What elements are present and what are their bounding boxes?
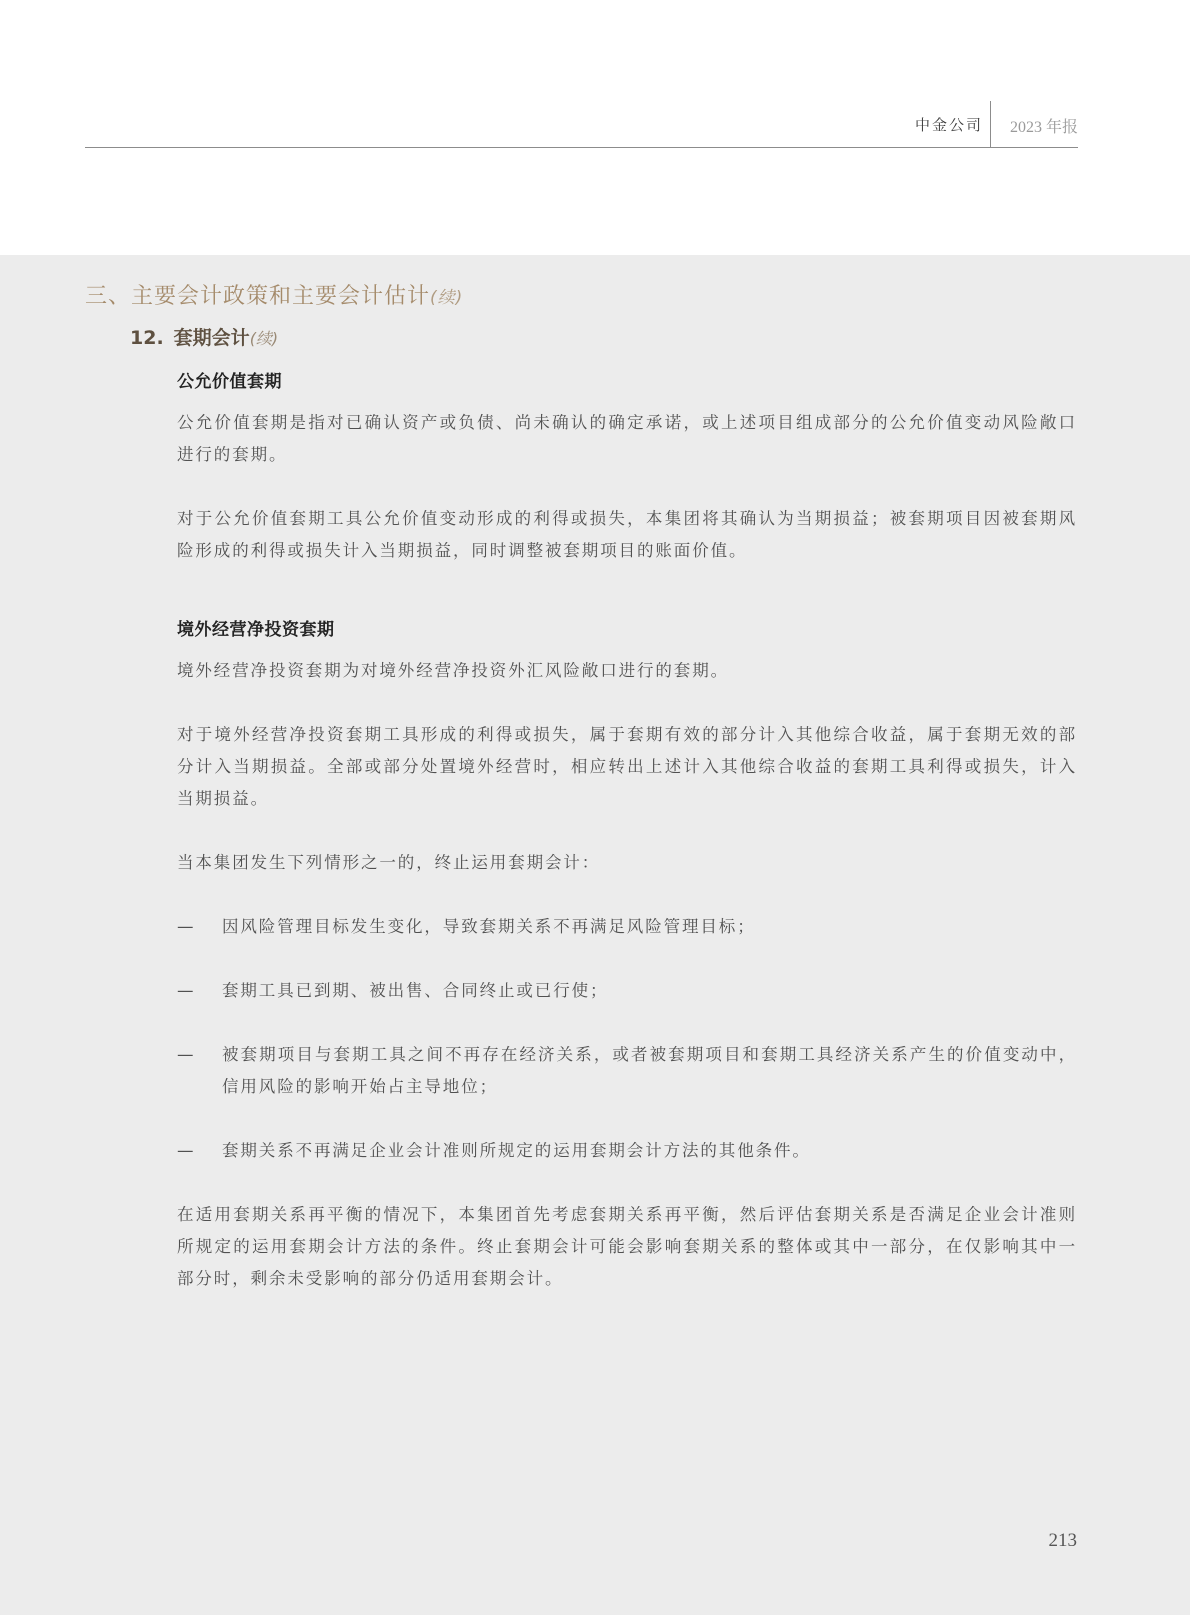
main-content: 公允价值套期 公允价值套期是指对已确认资产或负债、尚未确认的确定承诺，或上述项目… [177, 365, 1077, 1295]
paragraph: 对于公允价值套期工具公允价值变动形成的利得或损失，本集团将其确认为当期损益；被套… [177, 503, 1077, 567]
header-report-title: 2023 年报 [1010, 114, 1078, 137]
bullet-text: 套期工具已到期、被出售、合同终止或已行使； [222, 975, 1077, 1007]
page-number: 213 [1000, 1530, 1077, 1552]
bullet-dash: — [177, 911, 222, 943]
bullet-text: 被套期项目与套期工具之间不再存在经济关系，或者被套期项目和套期工具经济关系产生的… [222, 1039, 1077, 1103]
list-item: — 套期关系不再满足企业会计准则所规定的运用套期会计方法的其他条件。 [177, 1135, 1077, 1167]
paragraph: 公允价值套期是指对已确认资产或负债、尚未确认的确定承诺，或上述项目组成部分的公允… [177, 407, 1077, 471]
list-item: — 套期工具已到期、被出售、合同终止或已行使； [177, 975, 1077, 1007]
list-item: — 因风险管理目标发生变化，导致套期关系不再满足风险管理目标； [177, 911, 1077, 943]
bullet-text: 套期关系不再满足企业会计准则所规定的运用套期会计方法的其他条件。 [222, 1135, 1077, 1167]
bullet-dash: — [177, 975, 222, 1007]
heading-net-investment-hedge: 境外经营净投资套期 [177, 613, 1077, 647]
subsection-title-text: 套期会计 [174, 327, 250, 349]
section-title: 三、主要会计政策和主要会计估计(续) [85, 279, 463, 310]
bullet-text: 因风险管理目标发生变化，导致套期关系不再满足风险管理目标； [222, 911, 1077, 943]
paragraph: 当本集团发生下列情形之一的，终止运用套期会计： [177, 847, 1077, 879]
section-title-text: 三、主要会计政策和主要会计估计 [85, 284, 430, 309]
bullet-dash: — [177, 1039, 222, 1103]
paragraph: 对于境外经营净投资套期工具形成的利得或损失，属于套期有效的部分计入其他综合收益，… [177, 719, 1077, 815]
subsection-continued: (续) [250, 329, 279, 348]
subsection-title: 12.套期会计(续) [130, 323, 278, 350]
bullet-dash: — [177, 1135, 222, 1167]
paragraph: 境外经营净投资套期为对境外经营净投资外汇风险敞口进行的套期。 [177, 655, 1077, 687]
page-header: 中金公司 2023 年报 [85, 100, 1078, 148]
list-item: — 被套期项目与套期工具之间不再存在经济关系，或者被套期项目和套期工具经济关系产… [177, 1039, 1077, 1103]
section-continued: (续) [430, 288, 463, 308]
subsection-number: 12. [130, 327, 164, 349]
heading-fair-value-hedge: 公允价值套期 [177, 365, 1077, 399]
header-company: 中金公司 [915, 114, 983, 135]
header-divider [990, 101, 991, 147]
paragraph-closing: 在适用套期关系再平衡的情况下，本集团首先考虑套期关系再平衡，然后评估套期关系是否… [177, 1199, 1077, 1295]
